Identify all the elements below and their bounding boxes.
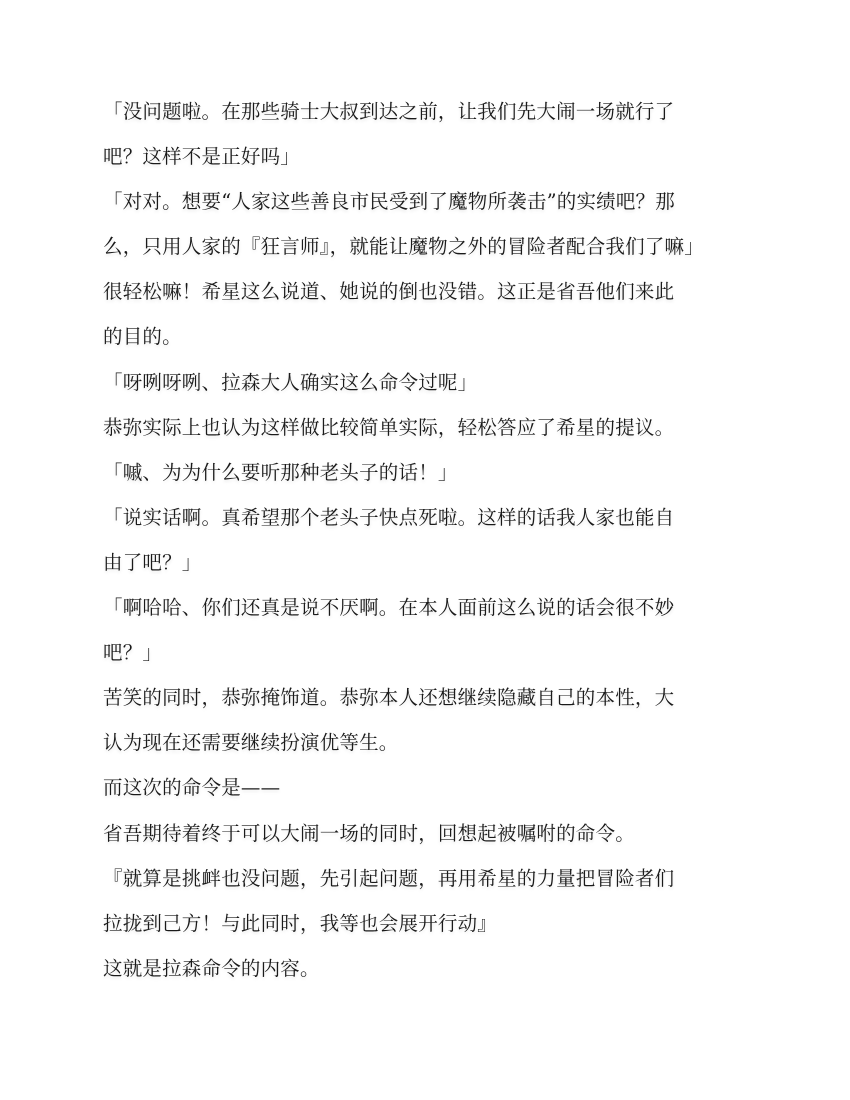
text-line: 认为现在还需要继续扮演优等生。 [103,727,743,772]
text-line: 这就是拉森命令的内容。 [103,953,743,998]
text-line: 吧？」 [103,637,743,682]
text-line: 苦笑的同时，恭弥掩饰道。恭弥本人还想继续隐藏自己的本性，大 [103,682,743,727]
text-line: 么，只用人家的『狂言师』，就能让魔物之外的冒险者配合我们了嘛」 [103,231,743,276]
text-line: 由了吧？」 [103,547,743,592]
text-line: 「啊哈哈、你们还真是说不厌啊。在本人面前这么说的话会很不妙 [103,592,743,637]
text-line: 省吾期待着终于可以大闹一场的同时，回想起被嘱咐的命令。 [103,818,743,863]
text-line: 「呀咧呀咧、拉森大人确实这么命令过呢」 [103,367,743,412]
text-line: 「嘁、为为什么要听那种老头子的话！」 [103,457,743,502]
document-page: 「没问题啦。在那些骑士大叔到达之前，让我们先大闹一场就行了 吧？这样不是正好吗」… [103,96,743,998]
text-line: 吧？这样不是正好吗」 [103,141,743,186]
text-line: 而这次的命令是—— [103,772,743,817]
text-line: 的目的。 [103,321,743,366]
text-line: 拉拢到己方！与此同时，我等也会展开行动』 [103,908,743,953]
text-line: 「说实话啊。真希望那个老头子快点死啦。这样的话我人家也能自 [103,502,743,547]
text-line: 『就算是挑衅也没问题，先引起问题，再用希星的力量把冒险者们 [103,863,743,908]
text-line: 「没问题啦。在那些骑士大叔到达之前，让我们先大闹一场就行了 [103,96,743,141]
text-line: 「对对。想要“人家这些善良市民受到了魔物所袭击”的实绩吧？那 [103,186,743,231]
text-line: 很轻松嘛！希星这么说道、她说的倒也没错。这正是省吾他们来此 [103,276,743,321]
text-line: 恭弥实际上也认为这样做比较简单实际，轻松答应了希星的提议。 [103,412,743,457]
